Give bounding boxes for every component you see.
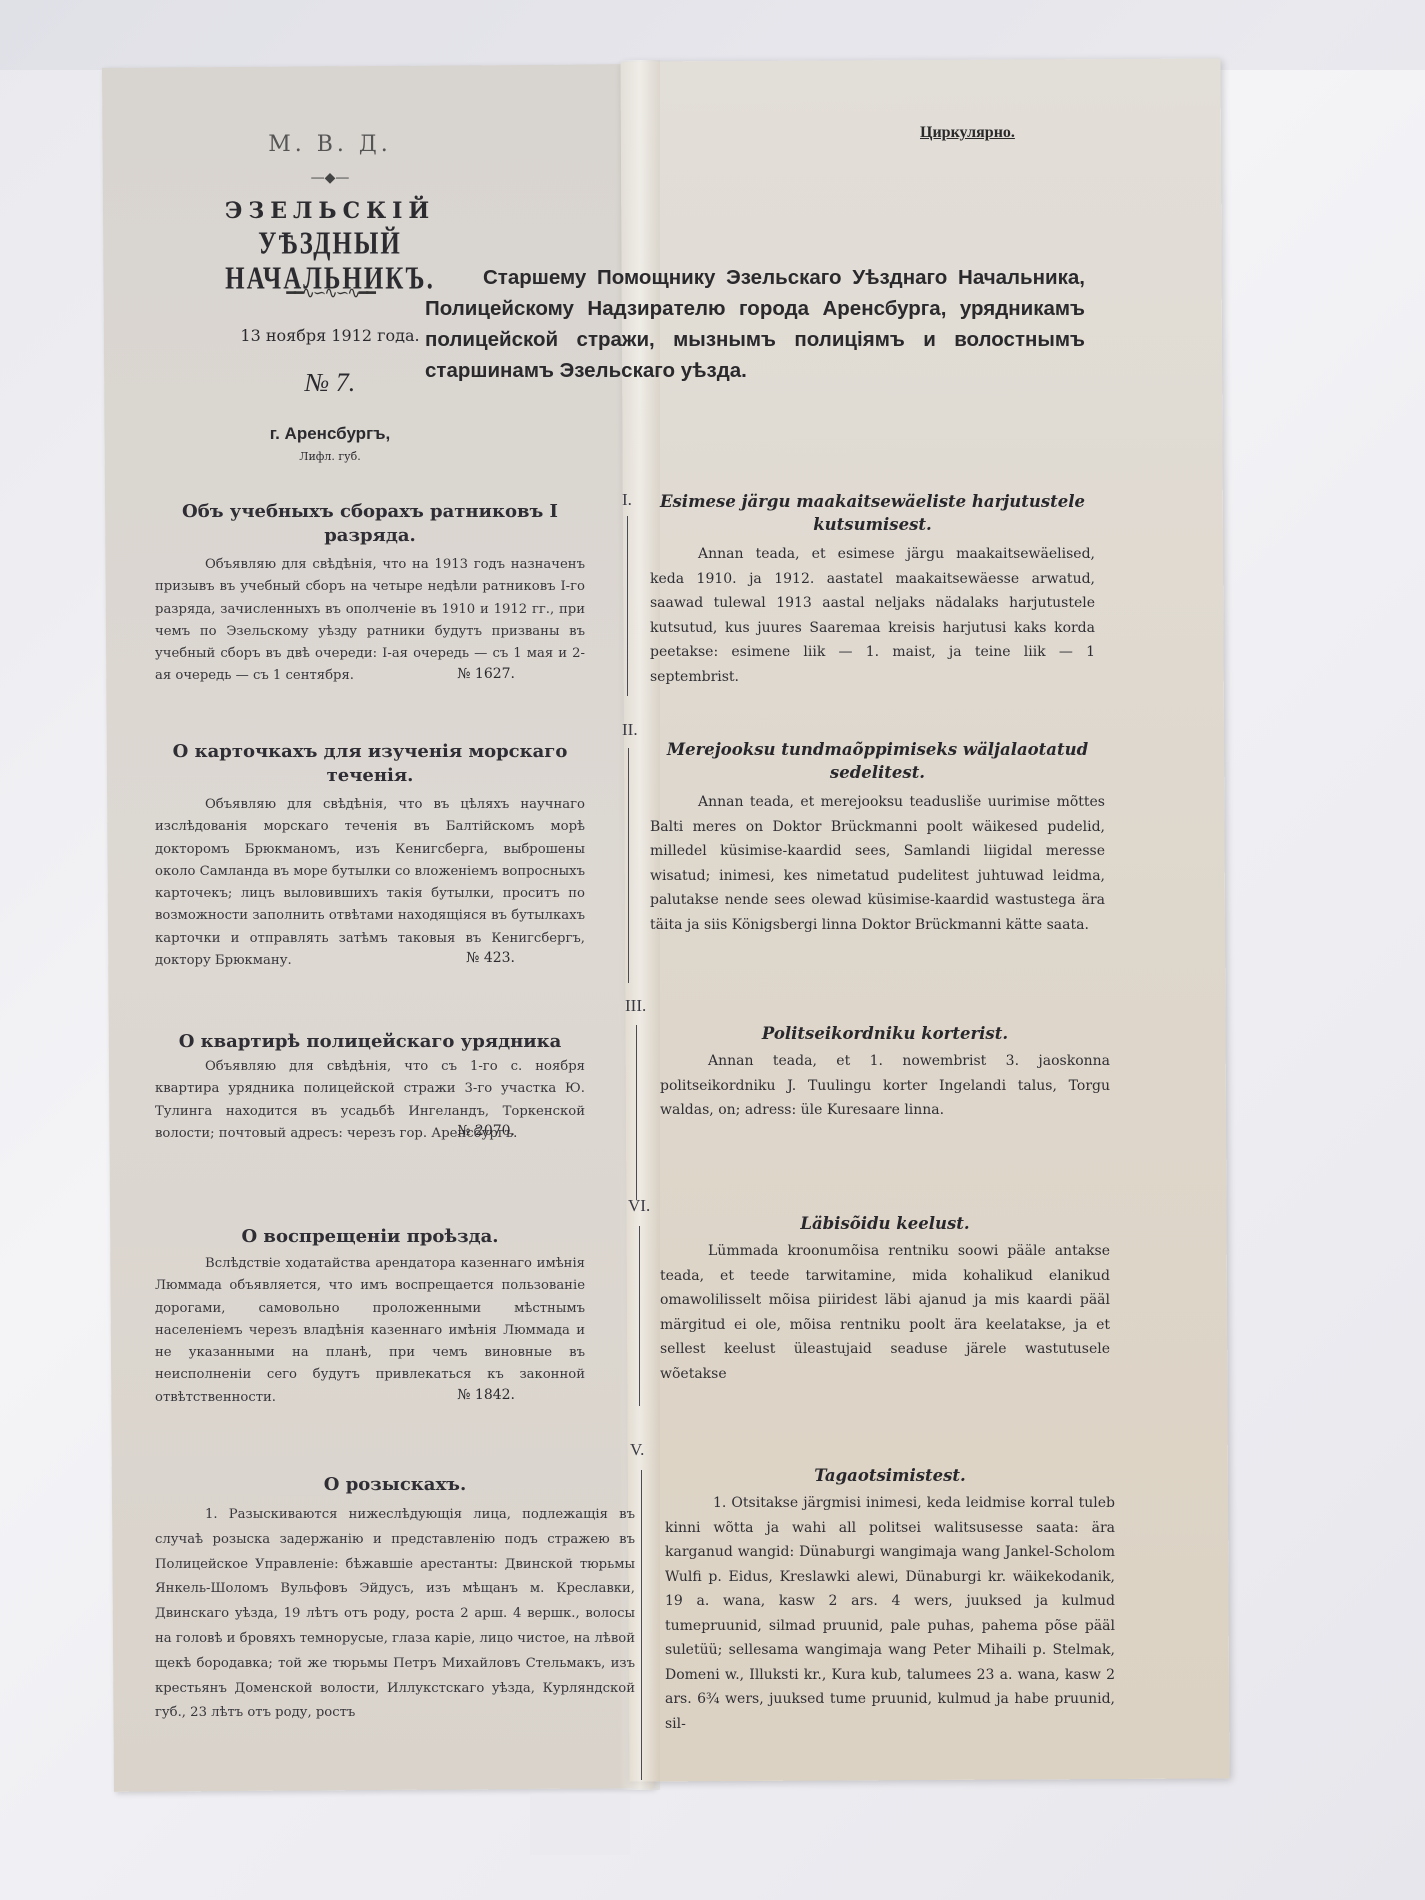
ornament-divider-small: —◆— xyxy=(290,170,370,186)
document-city: г. Аренсбургъ, xyxy=(200,424,460,444)
column-divider xyxy=(641,1470,642,1780)
column-divider xyxy=(628,748,629,983)
roman-numeral: II. xyxy=(622,720,638,740)
section-3-et: Politseikordniku korterist. Annan teada,… xyxy=(660,1022,1110,1123)
column-divider xyxy=(636,1025,637,1200)
document-province: Лифл. губ. xyxy=(240,450,420,463)
section-4-ru: О воспрещеніи проѣзда. Вслѣдствіе ходата… xyxy=(155,1225,585,1403)
ministry-label: М. В. Д. xyxy=(200,132,460,157)
section-body: Annan teada, et 1. nowembrist 3. jaoskon… xyxy=(660,1049,1110,1123)
torn-corner xyxy=(530,1795,630,1855)
section-1-ru: Объ учебныхъ сборахъ ратниковъ I разряда… xyxy=(155,500,585,682)
section-title: Tagaotsimistest. xyxy=(665,1464,1115,1487)
section-body: Annan teada, et merejooksu teadusliše uu… xyxy=(650,790,1105,937)
section-title: О карточкахъ для изученія морскаго течен… xyxy=(155,740,585,788)
roman-numeral: III. xyxy=(625,996,646,1016)
section-2-ru: О карточкахъ для изученія морскаго течен… xyxy=(155,740,585,966)
section-title: Politseikordniku korterist. xyxy=(660,1022,1110,1045)
column-divider xyxy=(627,516,628,696)
section-title: О квартирѣ полицейскаго урядника xyxy=(155,1030,585,1054)
document-number: № 7. xyxy=(240,368,420,398)
ornament-divider: ━━∿∽∿∽∿━━ xyxy=(240,283,420,302)
office-title-line1: ЭЗЕЛЬСКІЙ xyxy=(150,198,510,224)
circular-label: Циркулярно. xyxy=(920,124,1015,142)
section-4-et: Läbisõidu keelust. Lümmada kroonumõisa r… xyxy=(660,1212,1110,1386)
roman-numeral: I. xyxy=(622,490,632,510)
section-title: Läbisõidu keelust. xyxy=(660,1212,1110,1235)
roman-numeral: VI. xyxy=(628,1196,650,1216)
section-3-ru: О квартирѣ полицейскаго урядника Объявля… xyxy=(155,1030,585,1139)
section-title: О воспрещеніи проѣзда. xyxy=(155,1225,585,1249)
section-title: Esimese järgu maakaitsewäeliste harjutus… xyxy=(650,490,1095,536)
roman-numeral: V. xyxy=(630,1440,644,1460)
section-title: Merejooksu tundmaõppimiseks wäljalaotatu… xyxy=(650,738,1105,784)
section-5-et: Tagaotsimistest. 1. Otsitakse järgmisi i… xyxy=(665,1464,1115,1736)
section-1-et: Esimese järgu maakaitsewäeliste harjutus… xyxy=(650,490,1095,689)
addressee-text: Старшему Помощнику Эзельскаго Уѣзднаго Н… xyxy=(425,266,1085,382)
section-body: 1. Otsitakse järgmisi inimesi, keda leid… xyxy=(665,1491,1115,1736)
section-body: Вслѣдствіе ходатайства арендатора казенн… xyxy=(155,1253,585,1409)
section-body: Lümmada kroonumõisa rentniku soowi pääle… xyxy=(660,1239,1110,1386)
column-divider xyxy=(639,1226,640,1406)
addressee-block: Старшему Помощнику Эзельскаго Уѣзднаго Н… xyxy=(425,262,1085,386)
section-2-et: Merejooksu tundmaõppimiseks wäljalaotatu… xyxy=(650,738,1105,937)
section-body: Annan teada, et esimese järgu maakaitsew… xyxy=(650,542,1095,689)
section-body: 1. Разыскиваются нижеслѣдующія лица, под… xyxy=(155,1503,635,1726)
section-title: О розыскахъ. xyxy=(155,1473,635,1497)
section-body: Объявляю для свѣдѣнія, что въ цѣляхъ нау… xyxy=(155,794,585,972)
section-5-ru: О розыскахъ. 1. Разыскиваются нижеслѣдую… xyxy=(155,1473,635,1726)
section-title: Объ учебныхъ сборахъ ратниковъ I разряда… xyxy=(155,500,585,548)
